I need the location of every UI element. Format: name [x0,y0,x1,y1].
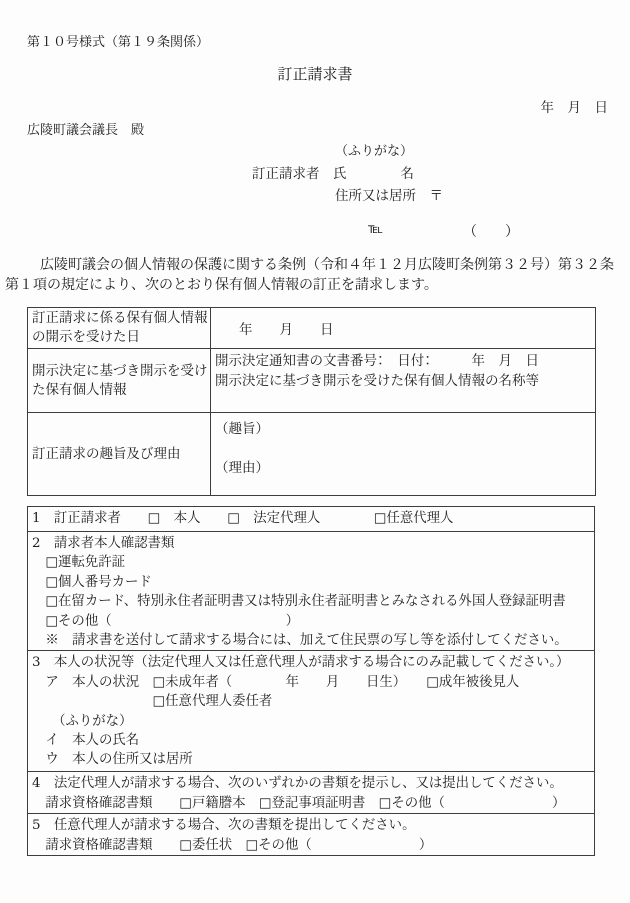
principal-furigana-label: （ふりがな） [32,712,590,731]
requester-checklist-table: 1 訂正請求者 □ 本人 □ 法定代理人 □任意代理人 2 請求者本人確認書類 … [27,506,595,856]
intro-paragraph-line-1: 広陵町議会の個人情報の保護に関する条例（令和４年１２月広陵町条例第３２号）第３２… [40,254,614,274]
disclosed-info-label-line-1: 開示決定に基づき開示を受け [32,362,206,381]
checkbox-voluntary-agent-delegator-line: □任意代理人委任者 [32,692,590,711]
requester-type-checkbox-line: 1 訂正請求者 □ 本人 □ 法定代理人 □任意代理人 [32,509,590,528]
voluntary-agent-documents-checkbox-line: 請求資格確認書類 □委任状 □その他（ ） [32,836,590,855]
disclosed-info-label-cell: 開示決定に基づき開示を受け た保有個人情報 [28,349,211,413]
tel-symbol: ℡ [368,221,383,237]
furigana-label: （ふりがな） [335,140,413,159]
checkbox-residence-card-line: □在留カード、特別永住者証明書又は特別永住者証明書とみなされる外国人登録証明書 [32,592,590,611]
disclosure-date-label-line-1: 訂正請求に係る保有個人情報 [32,309,206,328]
identity-documents-heading: 2 請求者本人確認書類 [32,534,590,553]
correction-request-form-page: 第１０号様式（第１９条関係） 訂正請求書 年 月 日 広陵町議会議長 殿 （ふり… [0,0,630,903]
legal-agent-heading: 4 法定代理人が請求する場合、次のいずれかの書類を提示し、又は提出してください。 [32,774,590,793]
disclosure-details-table: 訂正請求に係る保有個人情報 の開示を受けた日 年 月 日 開示決定に基づき開示を… [27,307,596,496]
disclosure-date-blank: 年 月 日 [239,318,591,338]
requester-type-row: 1 訂正請求者 □ 本人 □ 法定代理人 □任意代理人 [28,507,595,532]
document-number-line: 開示決定通知書の文書番号： 日付： 年 月 日 [215,351,591,371]
disclosure-date-value-cell: 年 月 日 [211,308,596,349]
disclosed-info-label-line-2: た保有個人情報 [32,381,206,400]
requester-address-line: 住所又は居所 〒 [335,184,443,204]
mail-request-note-line: ※ 請求書を送付して請求する場合には、加えて住民票の写し等を添付してください。 [32,631,590,650]
intro-paragraph-line-2: 第１項の規定により、次のとおり保有個人情報の訂正を請求します。 [5,274,438,294]
purpose-reason-label-cell: 訂正請求の趣旨及び理由 [28,413,211,496]
tel-number-parens: （ ） [463,221,519,241]
disclosure-date-label-cell: 訂正請求に係る保有個人情報 の開示を受けた日 [28,308,211,349]
purpose-label: （趣旨） [215,417,591,437]
purpose-reason-value-cell: （趣旨） （理由） [211,413,596,496]
requester-name-line: 訂正請求者 氏 名 [252,162,414,182]
checkbox-mynumber-card-line: □個人番号カード [32,573,590,592]
disclosure-date-label-line-2: の開示を受けた日 [32,328,206,347]
principal-address-line: ウ 本人の住所又は居所 [32,750,590,769]
voluntary-agent-row: 5 任意代理人が請求する場合、次の書類を提出してください。 請求資格確認書類 □… [28,814,595,856]
form-style-number: 第１０号様式（第１９条関係） [27,31,209,50]
reason-label: （理由） [215,456,591,476]
legal-agent-row: 4 法定代理人が請求する場合、次のいずれかの書類を提示し、又は提出してください。… [28,772,595,814]
date-blank-line: 年 月 日 [541,96,609,116]
legal-agent-documents-checkbox-line: 請求資格確認書類 □戸籍謄本 □登記事項証明書 □その他（ ） [32,794,590,813]
principal-status-checkbox-line: ア 本人の状況 □未成年者（ 年 月 日生） □成年被後見人 [32,673,590,692]
page-title: 訂正請求書 [0,63,630,84]
disclosed-info-value-cell: 開示決定通知書の文書番号： 日付： 年 月 日 開示決定に基づき開示を受けた保有… [211,349,596,413]
addressee-line: 広陵町議会議長 殿 [27,119,144,138]
purpose-reason-label: 訂正請求の趣旨及び理由 [32,445,206,464]
disclosed-info-name-line: 開示決定に基づき開示を受けた保有個人情報の名称等 [215,371,591,391]
principal-name-line: イ 本人の氏名 [32,731,590,750]
voluntary-agent-heading: 5 任意代理人が請求する場合、次の書類を提出してください。 [32,816,590,835]
checkbox-drivers-license-line: □運転免許証 [32,553,590,572]
principal-status-row: 3 本人の状況等（法定代理人又は任意代理人が請求する場合にのみ記載してください。… [28,651,595,772]
checkbox-other-document-line: □その他（ ） [32,612,590,631]
principal-status-heading: 3 本人の状況等（法定代理人又は任意代理人が請求する場合にのみ記載してください。… [32,653,590,672]
identity-documents-row: 2 請求者本人確認書類 □運転免許証 □個人番号カード □在留カード、特別永住者… [28,532,595,651]
